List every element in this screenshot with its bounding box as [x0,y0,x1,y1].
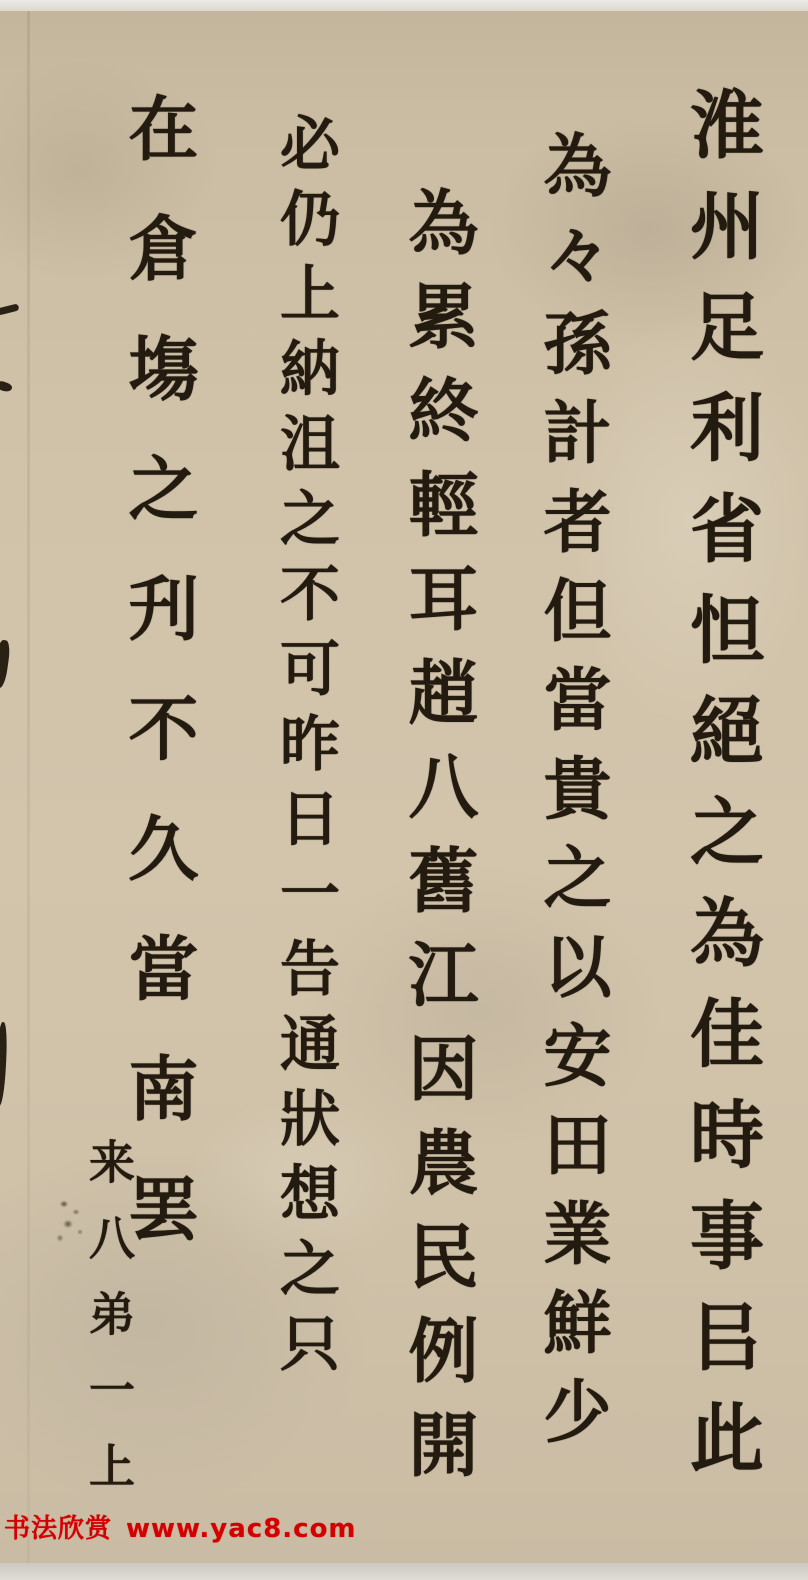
scan-edge-top [0,0,808,11]
watermark-site-url: www.yac8.com [126,1514,357,1544]
cut-stroke-fragment [0,639,11,688]
manuscript-page: 淮州足利省怛絕之為佳時事㠯此 為々孫計者但當貴之以安田業鮮少 為累終輕耳趙八舊江… [0,0,808,1580]
watermark: 书法欣赏www.yac8.com [4,1508,357,1545]
calligraphy-column-3: 為累終輕耳趙八舊江因農民例開 [388,186,489,1502]
calligraphy-column-4: 必仍上納沮之不可昨日一告通狀想之只 [262,112,348,1387]
calligraphy-column-1: 淮州足利省怛絕之為佳時事㠯此 [668,86,774,1500]
calligraphy-column-2: 為々孫計者但當貴之以安田業鮮少 [524,130,621,1465]
cut-stroke-fragment [0,380,13,394]
paper-seam [27,11,30,1563]
cut-stroke-fragment [0,303,20,315]
scan-edge-bottom [0,1563,808,1580]
calligraphy-column-5: 在倉塲之刋不久當南罢 [108,92,209,1292]
ink-splotch [52,1192,94,1250]
cut-stroke-fragment [0,1022,8,1106]
watermark-site-name: 书法欣赏 [4,1514,112,1544]
